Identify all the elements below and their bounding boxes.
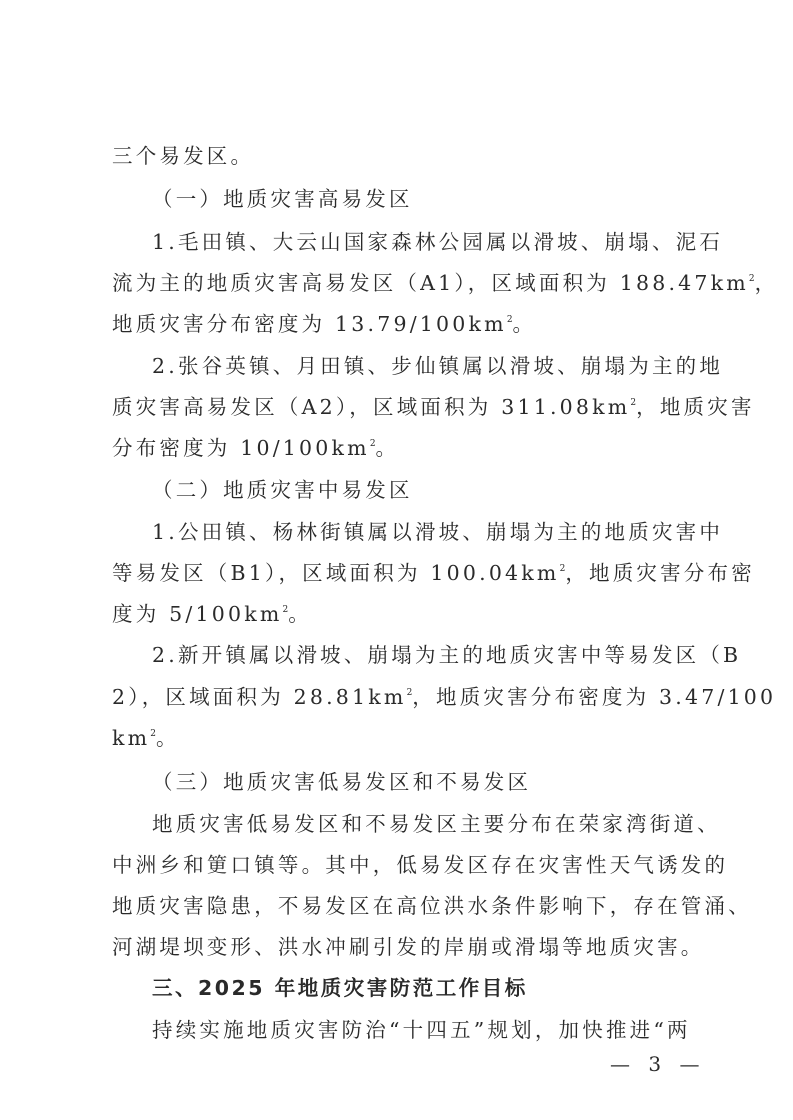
paragraph-a1: 1.毛田镇、大云山国家森林公园属以滑坡、崩塌、泥石 [152, 228, 732, 256]
line-text: 。 [288, 602, 312, 626]
section-heading-2025-goals: 三、2025 年地质灾害防范工作目标 [152, 974, 732, 1002]
paragraph-b2-line3: km2。 [112, 724, 692, 752]
line-text: 等易发区（B1），区域面积为 100.04km [112, 561, 560, 585]
paragraph-a1-line2: 流为主的地质灾害高易发区（A1），区域面积为 188.47km2， [112, 269, 692, 297]
line-text: ，地质灾害 [636, 395, 755, 419]
paragraph-continuation: 三个易发区。 [112, 142, 692, 170]
paragraph-low-risk-line4: 河湖堤坝变形、洪水冲刷引发的岸崩或滑塌等地质灾害。 [112, 933, 692, 961]
paragraph-a1-line3: 地质灾害分布密度为 13.79/100km2。 [112, 310, 692, 338]
paragraph-low-risk-line3: 地质灾害隐患，不易发区在高位洪水条件影响下，存在管涌、 [112, 892, 692, 920]
line-text: 质灾害高易发区（A2），区域面积为 311.08km [112, 395, 630, 419]
line-text: 2），区域面积为 28.81km [112, 685, 407, 709]
line-text: ，地质灾害分布密度为 3.47/100 [412, 685, 776, 709]
line-text: 持续实施地质灾害防治“十四五”规划，加快推进“两 [152, 1018, 691, 1042]
line-text: 1.毛田镇、大云山国家森林公园属以滑坡、崩塌、泥石 [152, 230, 723, 254]
paragraph-a2-line2: 质灾害高易发区（A2），区域面积为 311.08km2，地质灾害 [112, 393, 692, 421]
paragraph-b1-line2: 等易发区（B1），区域面积为 100.04km2，地质灾害分布密 [112, 559, 692, 587]
paragraph-b1: 1.公田镇、杨林街镇属以滑坡、崩塌为主的地质灾害中 [152, 518, 732, 546]
heading-text: 三、2025 年地质灾害防范工作目标 [152, 976, 528, 1000]
line-text: 。 [513, 312, 537, 336]
line-text: km [112, 726, 150, 750]
section-heading-medium-risk: （二）地质灾害中易发区 [152, 476, 732, 504]
line-text: 河湖堤坝变形、洪水冲刷引发的岸崩或滑塌等地质灾害。 [112, 935, 705, 959]
line-text: 2.新开镇属以滑坡、崩塌为主的地质灾害中等易发区（B [152, 643, 741, 667]
line-text: 。 [376, 436, 400, 460]
heading-text: （一）地质灾害高易发区 [152, 187, 413, 211]
heading-text: （二）地质灾害中易发区 [152, 478, 413, 502]
paragraph-b1-line3: 度为 5/100km2。 [112, 600, 692, 628]
paragraph-low-risk-line2: 中洲乡和筻口镇等。其中，低易发区存在灾害性天气诱发的 [112, 851, 692, 879]
paragraph-b2: 2.新开镇属以滑坡、崩塌为主的地质灾害中等易发区（B [152, 641, 732, 669]
paragraph-a2: 2.张谷英镇、月田镇、步仙镇属以滑坡、崩塌为主的地 [152, 352, 732, 380]
line-text: 三个易发区。 [112, 144, 254, 168]
line-text: 。 [156, 726, 180, 750]
line-text: ，地质灾害分布密 [565, 561, 755, 585]
paragraph-b2-line2: 2），区域面积为 28.81km2，地质灾害分布密度为 3.47/100 [112, 683, 692, 711]
line-text: 度为 5/100km [112, 602, 282, 626]
document-page: 三个易发区。 （一）地质灾害高易发区 1.毛田镇、大云山国家森林公园属以滑坡、崩… [0, 0, 793, 1120]
paragraph-low-risk: 地质灾害低易发区和不易发区主要分布在荣家湾街道、 [152, 810, 732, 838]
line-text: 1.公田镇、杨林街镇属以滑坡、崩塌为主的地质灾害中 [152, 520, 723, 544]
line-text: 流为主的地质灾害高易发区（A1），区域面积为 188.47km [112, 271, 749, 295]
line-text: 2.张谷英镇、月田镇、步仙镇属以滑坡、崩塌为主的地 [152, 354, 723, 378]
line-text: 中洲乡和筻口镇等。其中，低易发区存在灾害性天气诱发的 [112, 853, 728, 877]
line-text: 地质灾害低易发区和不易发区主要分布在荣家湾街道、 [152, 812, 721, 836]
line-text: 地质灾害分布密度为 13.79/100km [112, 312, 507, 336]
section-heading-low-risk: （三）地质灾害低易发区和不易发区 [152, 768, 732, 796]
paragraph-goals: 持续实施地质灾害防治“十四五”规划，加快推进“两 [152, 1016, 732, 1044]
heading-text: （三）地质灾害低易发区和不易发区 [152, 770, 531, 794]
line-text: 地质灾害隐患，不易发区在高位洪水条件影响下，存在管涌、 [112, 894, 752, 918]
line-text: ， [755, 271, 779, 295]
section-heading-high-risk: （一）地质灾害高易发区 [152, 185, 732, 213]
line-text: 分布密度为 10/100km [112, 436, 370, 460]
page-number: — 3 — [610, 1050, 705, 1078]
paragraph-a2-line3: 分布密度为 10/100km2。 [112, 434, 692, 462]
